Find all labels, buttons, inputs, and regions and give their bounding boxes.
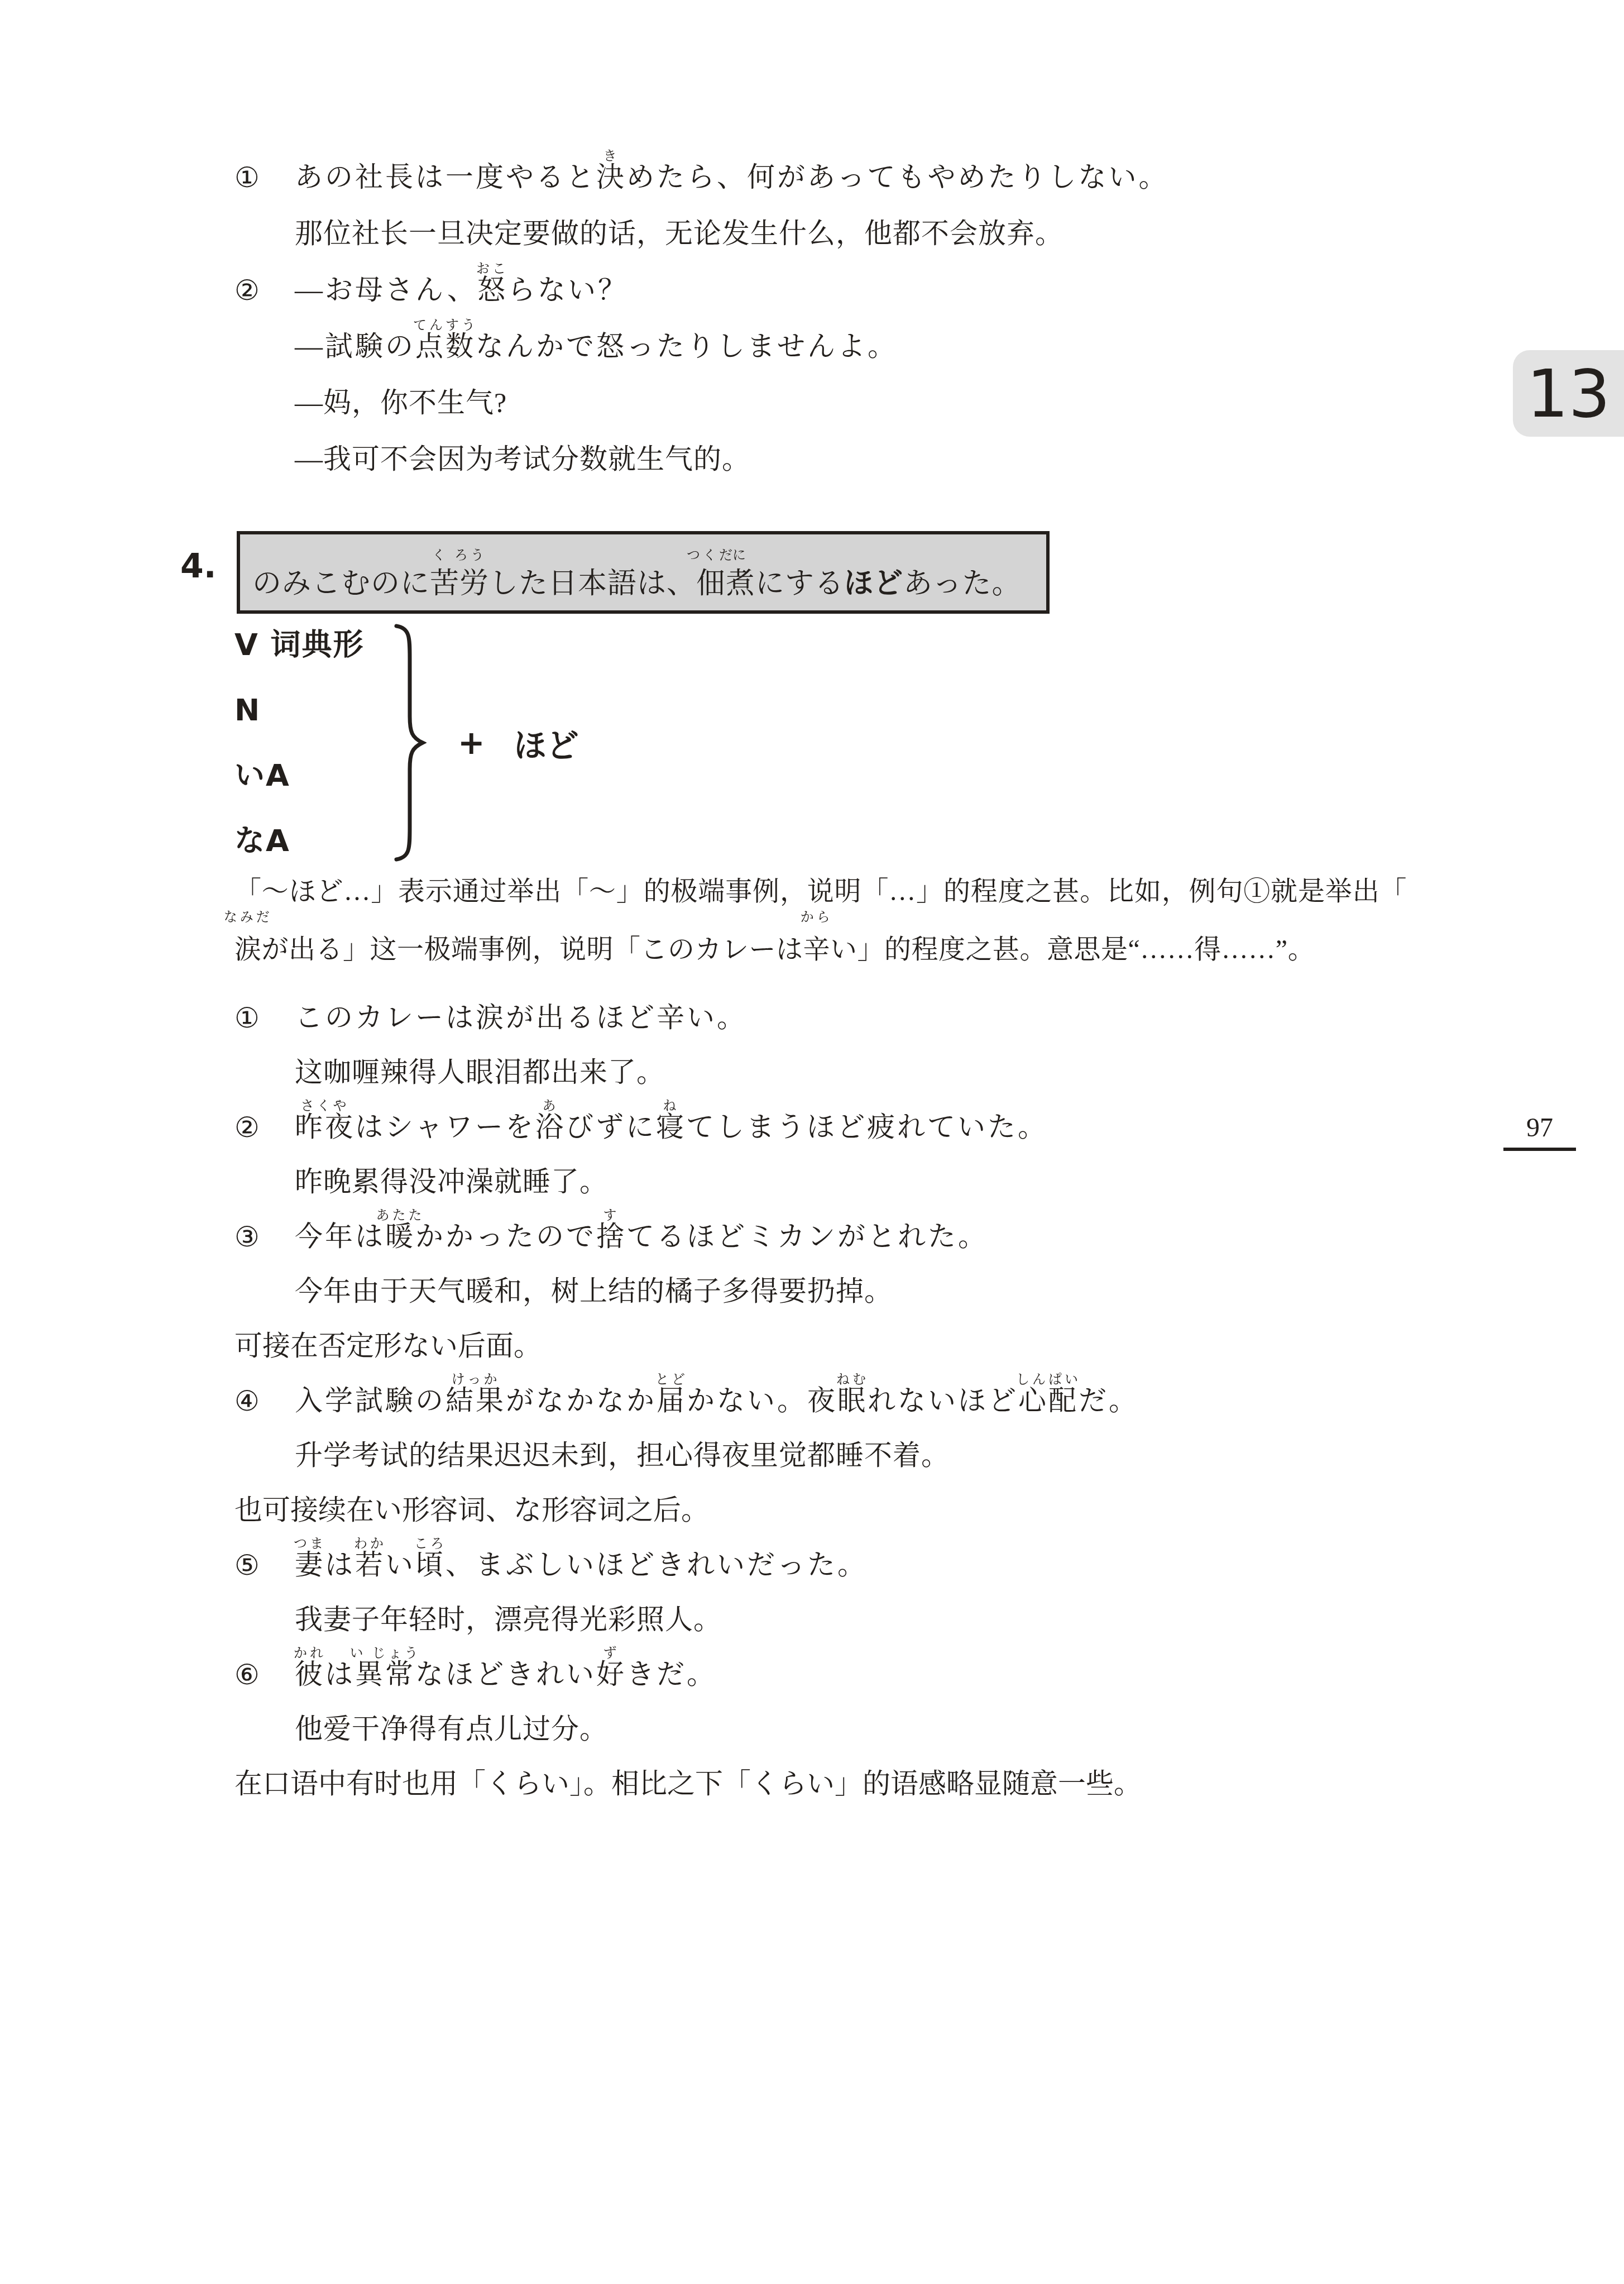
text-segment: 在口语中有时也用「くらい」。相比之下「くらい」的语感略显随意一些。 (234, 1768, 1142, 1799)
text-segment: い (385, 1549, 415, 1580)
furigana: かれ (294, 1647, 326, 1660)
ruby-base: 浴あ (535, 1111, 566, 1144)
text-segment: だ。 (1079, 1385, 1139, 1416)
ruby-base: 点数てんすう (415, 331, 476, 363)
text-segment: かない。夜 (687, 1385, 837, 1416)
text-segment: 我妻子年轻时，漂亮得光彩照人。 (295, 1604, 722, 1635)
example-row: ③今年は暖あたたかかったので捨すてるほどミカンがとれた。 (234, 1198, 1407, 1253)
cn-translation: 升学考试的结果迟迟未到，担心得夜里觉都睡不着。 (295, 1440, 950, 1472)
text-segment: ほど (844, 568, 903, 600)
ruby-base: 苦労く ろう (430, 560, 489, 601)
example-row: ②—お母さん、怒おこらない？ (234, 250, 1407, 306)
translation-row: 昨晚累得没冲澡就睡了。 (234, 1143, 1407, 1198)
usage-note-text: 在口语中有时也用「くらい」。相比之下「くらい」的语感略显随意一些。 (234, 1768, 1142, 1800)
page-content: ①あの社長は一度やると決きめたら、何があってもやめたりしない。那位社长一旦决定要… (234, 137, 1407, 1800)
text-segment: のみこむのに (252, 568, 430, 600)
text-segment: 可接在否定形ない后面。 (234, 1330, 542, 1361)
ruby-base: 昨夜さくや (295, 1111, 355, 1144)
example-number: ② (234, 275, 295, 306)
furigana: から (801, 911, 833, 924)
ruby-base: 怒おこ (477, 274, 507, 307)
text-segment: した日本語は、 (489, 568, 696, 600)
ruby-base: 煮に (726, 560, 755, 601)
particle-hodo: ほど (514, 719, 579, 766)
textbook-page: 13 97 ①あの社長は一度やると決きめたら、何があってもやめたりしない。那位社… (0, 0, 1624, 2284)
text-segment: なほどきれい (415, 1659, 596, 1690)
text-segment: い」的程度之甚。意思是“……得……”。 (830, 935, 1315, 964)
grammar-pattern: V 词典形NいAなA + ほど (234, 623, 1407, 863)
section-head: 4. のみこむのに苦労く ろうした日本語は、佃つくだ煮ににするほどあった。 (234, 531, 1407, 614)
pattern-attach: + ほど (458, 719, 579, 766)
text-segment: 今年は (295, 1221, 385, 1252)
text-segment: は (325, 1549, 355, 1580)
ruby-base: 辛から (803, 921, 831, 979)
explanation-paragraph: 「〜ほど…」表示通过举出「〜」的极端事例，说明「…」的程度之甚。比如，例句①就是… (234, 863, 1407, 979)
usage-note-row: 可接在否定形ない后面。 (234, 1307, 1407, 1362)
furigana: しんぱい (1016, 1373, 1081, 1387)
example-row: ②昨夜さくやはシャワーを浴あびずに寝ねてしまうほど疲れていた。 (234, 1088, 1407, 1143)
ruby-base: 暖あたた (385, 1221, 415, 1253)
ruby-base: 妻つま (295, 1549, 325, 1581)
example-number: ⑤ (234, 1550, 295, 1581)
translation-row: 他爱干净得有点儿过分。 (234, 1690, 1407, 1745)
text-segment: てしまうほど疲れていた。 (686, 1111, 1048, 1143)
example-row: —試験の点数てんすうなんかで怒ったりしませんよ。 (234, 306, 1407, 362)
jp-sentence: 今年は暖あたたかかったので捨すてるほどミカンがとれた。 (295, 1221, 988, 1253)
translation-row: 我妻子年轻时，漂亮得光彩照人。 (234, 1581, 1407, 1636)
cn-translation: 那位社长一旦决定要做的话，无论发生什么，他都不会放弃。 (295, 218, 1063, 250)
jp-sentence: —試験の点数てんすうなんかで怒ったりしませんよ。 (295, 331, 898, 363)
cn-translation: 今年由于天气暖和，树上结的橘子多得要扔掉。 (295, 1275, 893, 1308)
ruby-base: 涙なみだ (234, 921, 262, 979)
pattern-form: いA (234, 759, 391, 792)
furigana: さくや (301, 1100, 349, 1113)
text-segment: がなかなか (506, 1385, 657, 1416)
example-number: ④ (234, 1386, 295, 1417)
text-segment: はシャワーを (355, 1111, 535, 1143)
text-segment: —試験の (295, 331, 415, 362)
cn-translation: —我可不会因为考试分数就生气的。 (295, 443, 750, 476)
example-row: ⑤妻つまは若わかい頃ころ、まぶしいほどきれいだった。 (234, 1526, 1407, 1581)
furigana: ず (603, 1647, 620, 1660)
text-segment: 升学考试的结果迟迟未到，担心得夜里觉都睡不着。 (295, 1440, 950, 1471)
example-row: ①このカレーは涙が出るほど辛い。 (234, 979, 1407, 1034)
text-segment: は (325, 1659, 355, 1690)
ruby-base: 結果けっか (445, 1385, 506, 1417)
jp-sentence: このカレーは涙が出るほど辛い。 (295, 1002, 747, 1034)
pattern-form: V 词典形 (234, 628, 391, 662)
example-row: ⑥彼かれは異常い じょうなほどきれい好ずきだ。 (234, 1636, 1407, 1690)
furigana: あたた (376, 1209, 425, 1222)
text-segment: あった。 (903, 568, 1021, 600)
text-segment: 、まぶしいほどきれいだった。 (445, 1549, 868, 1580)
cn-translation: 他爱干净得有点儿过分。 (295, 1713, 608, 1746)
pattern-form: なA (234, 824, 391, 858)
chapter-tab: 13 (1513, 350, 1624, 437)
ruby-base: 捨す (596, 1221, 626, 1253)
usage-note-row: 也可接续在い形容词、な形容词之后。 (234, 1471, 1407, 1526)
ruby-base: 心配しんぱい (1018, 1385, 1079, 1417)
text-segment: 昨晚累得没冲澡就睡了。 (295, 1166, 608, 1197)
text-segment: —我可不会因为考试分数就生气的。 (295, 443, 750, 475)
furigana: き (603, 150, 620, 163)
furigana: い じょう (350, 1647, 421, 1660)
pattern-forms: V 词典形NいAなA (234, 628, 391, 858)
example-number: ⑥ (234, 1660, 295, 1690)
text-segment: らない？ (507, 274, 628, 305)
page-number: 97 (1503, 1112, 1576, 1151)
text-segment: が出る」这一极端事例，说明「このカレーは (262, 935, 803, 964)
jp-sentence: 昨夜さくやはシャワーを浴あびずに寝ねてしまうほど疲れていた。 (295, 1111, 1048, 1144)
plus-sign: + (458, 724, 485, 762)
ruby-base: 好ず (596, 1659, 626, 1691)
brace-icon (391, 623, 427, 863)
text-segment: あの社長は一度やると (295, 161, 596, 193)
cn-translation: 我妻子年轻时，漂亮得光彩照人。 (295, 1604, 722, 1636)
furigana: ねむ (836, 1373, 869, 1387)
example-row: ①あの社長は一度やると決きめたら、何があってもやめたりしない。 (234, 137, 1407, 193)
text-segment: なんかで怒ったりしませんよ。 (476, 331, 898, 362)
ruby-base: 眠ねむ (837, 1385, 868, 1417)
example-number: ① (234, 163, 295, 193)
furigana: わか (354, 1537, 386, 1551)
ruby-base: 異常い じょう (355, 1659, 415, 1691)
translation-row: 升学考试的结果迟迟未到，担心得夜里觉都睡不着。 (234, 1417, 1407, 1471)
translation-row: 这咖喱辣得人眼泪都出来了。 (234, 1034, 1407, 1088)
ruby-base: 届とど (657, 1385, 687, 1417)
ruby-base: 佃つくだ (696, 560, 726, 601)
ruby-base: 若わか (355, 1549, 385, 1581)
headline-sentence: のみこむのに苦労く ろうした日本語は、佃つくだ煮ににするほどあった。 (252, 560, 1022, 601)
cn-translation: —妈，你不生气? (295, 387, 507, 419)
furigana: ね (663, 1100, 679, 1113)
furigana: けっか (452, 1373, 500, 1387)
translation-row: 那位社长一旦决定要做的话，无论发生什么，他都不会放弃。 (234, 193, 1407, 250)
furigana: つま (294, 1537, 326, 1551)
top-example-list: ①あの社長は一度やると決きめたら、何があってもやめたりしない。那位社长一旦决定要… (234, 137, 1407, 475)
example-number: ① (234, 1003, 295, 1034)
example-number: ② (234, 1112, 295, 1143)
text-segment: きだ。 (626, 1659, 717, 1690)
jp-sentence: 妻つまは若わかい頃ころ、まぶしいほどきれいだった。 (295, 1549, 868, 1581)
text-segment: 「〜ほど…」表示通过举出「〜」的极端事例，说明「…」的程度之甚。比如，例句①就是… (234, 877, 1407, 906)
furigana: に (732, 549, 749, 562)
section-example-list: ①このカレーは涙が出るほど辛い。这咖喱辣得人眼泪都出来了。②昨夜さくやはシャワー… (234, 979, 1407, 1800)
jp-sentence: あの社長は一度やると決きめたら、何があってもやめたりしない。 (295, 161, 1169, 194)
furigana: おこ (476, 262, 509, 276)
ruby-base: 決き (596, 161, 626, 194)
text-segment: 这咖喱辣得人眼泪都出来了。 (295, 1057, 665, 1088)
text-segment: にする (755, 568, 844, 600)
usage-note-text: 也可接续在い形容词、な形容词之后。 (234, 1494, 709, 1527)
furigana: とど (655, 1373, 688, 1387)
ruby-base: 寝ね (656, 1111, 686, 1144)
text-segment: びずに (566, 1111, 656, 1143)
text-segment: —妈，你不生气? (295, 387, 507, 418)
cn-translation: 昨晚累得没冲澡就睡了。 (295, 1166, 608, 1198)
furigana: なみだ (224, 911, 272, 924)
chapter-number: 13 (1526, 355, 1610, 432)
jp-sentence: 彼かれは異常い じょうなほどきれい好ずきだ。 (295, 1659, 717, 1691)
pattern-form: N (234, 694, 391, 727)
text-segment: 入学試験の (295, 1385, 445, 1416)
usage-note-row: 在口语中有时也用「くらい」。相比之下「くらい」的语感略显随意一些。 (234, 1745, 1407, 1800)
translation-row: —妈，你不生气? (234, 362, 1407, 419)
headline-box: のみこむのに苦労く ろうした日本語は、佃つくだ煮ににするほどあった。 (237, 531, 1050, 614)
furigana: あ (543, 1100, 559, 1113)
jp-sentence: —お母さん、怒おこらない？ (295, 274, 628, 307)
example-row: ④入学試験の結果けっかがなかなか届とどかない。夜眠ねむれないほど心配しんぱいだ。 (234, 1362, 1407, 1417)
page-number-text: 97 (1526, 1113, 1553, 1143)
example-number: ③ (234, 1222, 295, 1253)
text-segment: れないほど (868, 1385, 1018, 1416)
text-segment: —お母さん、 (295, 274, 477, 305)
text-segment: このカレーは涙が出るほど辛い。 (295, 1002, 747, 1033)
text-segment: 他爱干净得有点儿过分。 (295, 1713, 608, 1745)
furigana: ころ (414, 1537, 447, 1551)
ruby-base: 頃ころ (415, 1549, 445, 1581)
translation-row: 今年由于天气暖和，树上结的橘子多得要扔掉。 (234, 1253, 1407, 1307)
text-segment: めたら、何があってもやめたりしない。 (626, 161, 1169, 193)
text-segment: 那位社长一旦决定要做的话，无论发生什么，他都不会放弃。 (295, 218, 1063, 249)
jp-sentence: 入学試験の結果けっかがなかなか届とどかない。夜眠ねむれないほど心配しんぱいだ。 (295, 1385, 1139, 1417)
text-segment: かかったので (415, 1221, 596, 1252)
translation-row: —我可不会因为考试分数就生气的。 (234, 419, 1407, 475)
text-segment: 也可接续在い形容词、な形容词之后。 (234, 1494, 709, 1526)
text-segment: 今年由于天气暖和，树上结的橘子多得要扔掉。 (295, 1275, 893, 1307)
ruby-base: 彼かれ (295, 1659, 325, 1691)
cn-translation: 这咖喱辣得人眼泪都出来了。 (295, 1057, 665, 1089)
usage-note-text: 可接在否定形ない后面。 (234, 1330, 542, 1363)
text-segment: てるほどミカンがとれた。 (626, 1221, 988, 1252)
section-number: 4. (180, 547, 217, 586)
furigana: す (603, 1209, 620, 1222)
furigana: く ろう (432, 549, 487, 562)
furigana: てんすう (413, 319, 478, 332)
